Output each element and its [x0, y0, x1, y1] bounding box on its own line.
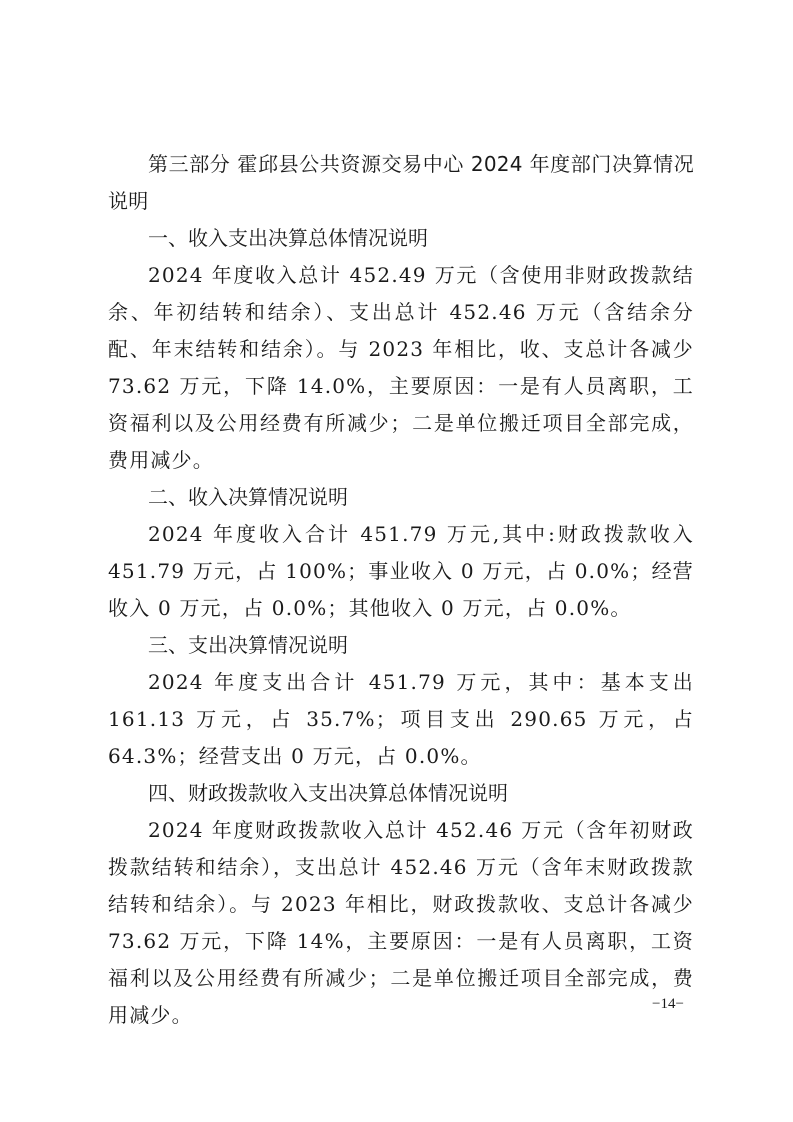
- section-body-income: 2024 年度收入合计 451.79 万元,其中:财政拨款收入 451.79 万…: [108, 516, 694, 627]
- section-body-expenditure: 2024 年度支出合计 451.79 万元，其中：基本支出 161.13 万元，…: [108, 664, 694, 775]
- document-title: 第三部分 霍邱县公共资源交易中心 2024 年度部门决算情况说明: [108, 146, 694, 220]
- section-heading-overall: 一、收入支出决算总体情况说明: [108, 220, 694, 257]
- section-body-overall: 2024 年度收入总计 452.49 万元（含使用非财政拨款结余、年初结转和结余…: [108, 257, 694, 479]
- section-heading-expenditure: 三、支出决算情况说明: [108, 627, 694, 664]
- page-number: −14−: [652, 996, 684, 1013]
- document-page: 第三部分 霍邱县公共资源交易中心 2024 年度部门决算情况说明 一、收入支出决…: [108, 146, 694, 1034]
- section-heading-fiscal-appropriation: 四、财政拨款收入支出决算总体情况说明: [108, 775, 694, 812]
- section-heading-income: 二、收入决算情况说明: [108, 479, 694, 516]
- section-body-fiscal-appropriation: 2024 年度财政拨款收入总计 452.46 万元（含年初财政拨款结转和结余），…: [108, 812, 694, 1034]
